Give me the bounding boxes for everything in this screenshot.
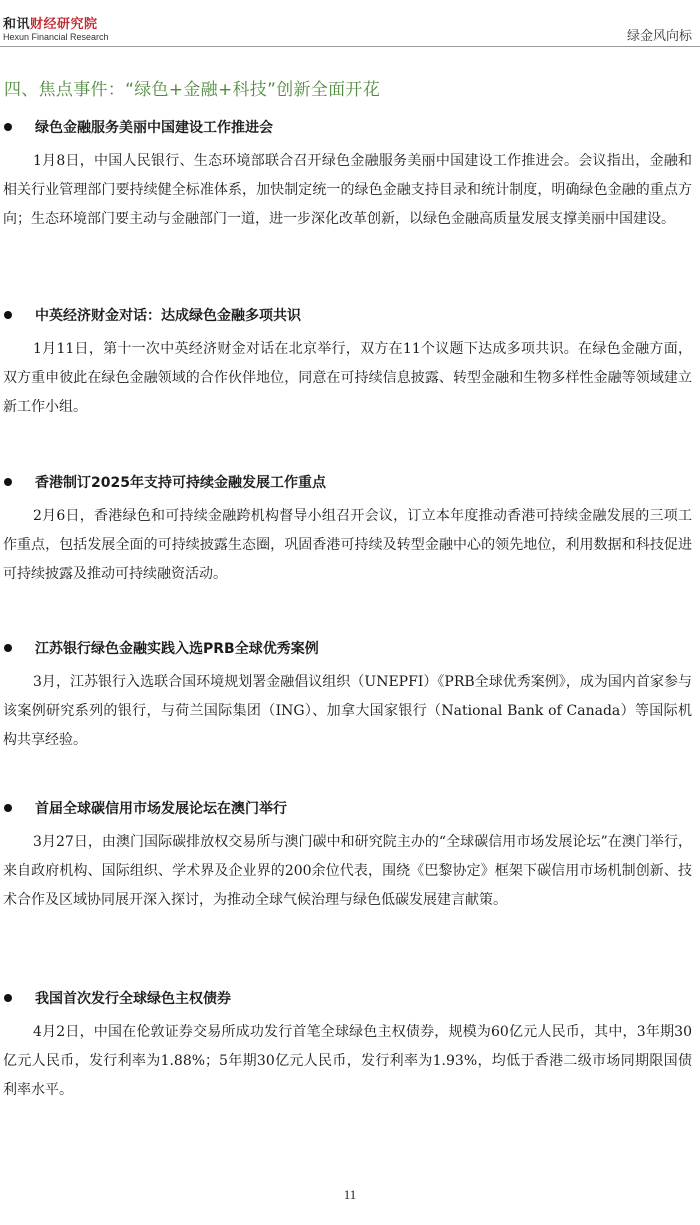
page-number: 11 xyxy=(0,1187,700,1203)
bullet-icon xyxy=(4,478,12,486)
news-item: 我国首次发行全球绿色主权债券 4月2日，中国在伦敦证券交易所成功发行首笔全球绿色… xyxy=(0,988,700,1105)
news-item-title: 我国首次发行全球绿色主权债券 xyxy=(35,988,231,1008)
news-item: 中英经济财金对话：达成绿色金融多项共识 1月11日，第十一次中英经济财金对话在北… xyxy=(0,305,700,422)
header-column-label: 绿金风向标 xyxy=(627,25,692,44)
news-item-title: 中英经济财金对话：达成绿色金融多项共识 xyxy=(35,305,301,325)
bullet-icon xyxy=(4,644,12,652)
news-item: 绿色金融服务美丽中国建设工作推进会 1月8日，中国人民银行、生态环境部联合召开绿… xyxy=(0,117,700,234)
news-item-title: 首届全球碳信用市场发展论坛在澳门举行 xyxy=(35,798,287,818)
news-item-body: 1月11日，第十一次中英经济财金对话在北京举行，双方在11个议题下达成多项共识。… xyxy=(0,335,700,422)
logo-english: Hexun Financial Research xyxy=(3,32,109,42)
news-item-body: 3月27日，由澳门国际碳排放权交易所与澳门碳中和研究院主办的“全球碳信用市场发展… xyxy=(0,828,700,915)
news-item: 香港制订2025年支持可持续金融发展工作重点 2月6日，香港绿色和可持续金融跨机… xyxy=(0,472,700,589)
bullet-icon xyxy=(4,311,12,319)
section-title: 四、焦点事件：“绿色+金融+科技”创新全面开花 xyxy=(4,75,380,100)
header-divider xyxy=(0,46,700,47)
news-item: 江苏银行绿色金融实践入选PRB全球优秀案例 3月，江苏银行入选联合国环境规划署金… xyxy=(0,638,700,755)
logo-cn-part1: 和讯 xyxy=(3,17,30,32)
news-item-body: 2月6日，香港绿色和可持续金融跨机构督导小组召开会议，订立本年度推动香港可持续金… xyxy=(0,502,700,589)
news-item-title: 香港制订2025年支持可持续金融发展工作重点 xyxy=(35,472,326,492)
logo-cn-part2: 财经研究院 xyxy=(30,17,98,32)
bullet-icon xyxy=(4,994,12,1002)
news-item-title: 绿色金融服务美丽中国建设工作推进会 xyxy=(35,117,273,137)
bullet-icon xyxy=(4,123,12,131)
news-item-body: 1月8日，中国人民银行、生态环境部联合召开绿色金融服务美丽中国建设工作推进会。会… xyxy=(0,147,700,234)
logo-chinese: 和讯财经研究院 xyxy=(3,18,109,32)
page-header: 和讯财经研究院 Hexun Financial Research 绿金风向标 xyxy=(0,0,700,47)
news-item-title: 江苏银行绿色金融实践入选PRB全球优秀案例 xyxy=(35,638,319,658)
hexun-logo: 和讯财经研究院 Hexun Financial Research xyxy=(3,18,109,42)
bullet-icon xyxy=(4,804,12,812)
news-item: 首届全球碳信用市场发展论坛在澳门举行 3月27日，由澳门国际碳排放权交易所与澳门… xyxy=(0,798,700,915)
news-item-body: 4月2日，中国在伦敦证券交易所成功发行首笔全球绿色主权债券，规模为60亿元人民币… xyxy=(0,1018,700,1105)
news-item-body: 3月，江苏银行入选联合国环境规划署金融倡议组织（UNEPFI）《PRB全球优秀案… xyxy=(0,668,700,755)
